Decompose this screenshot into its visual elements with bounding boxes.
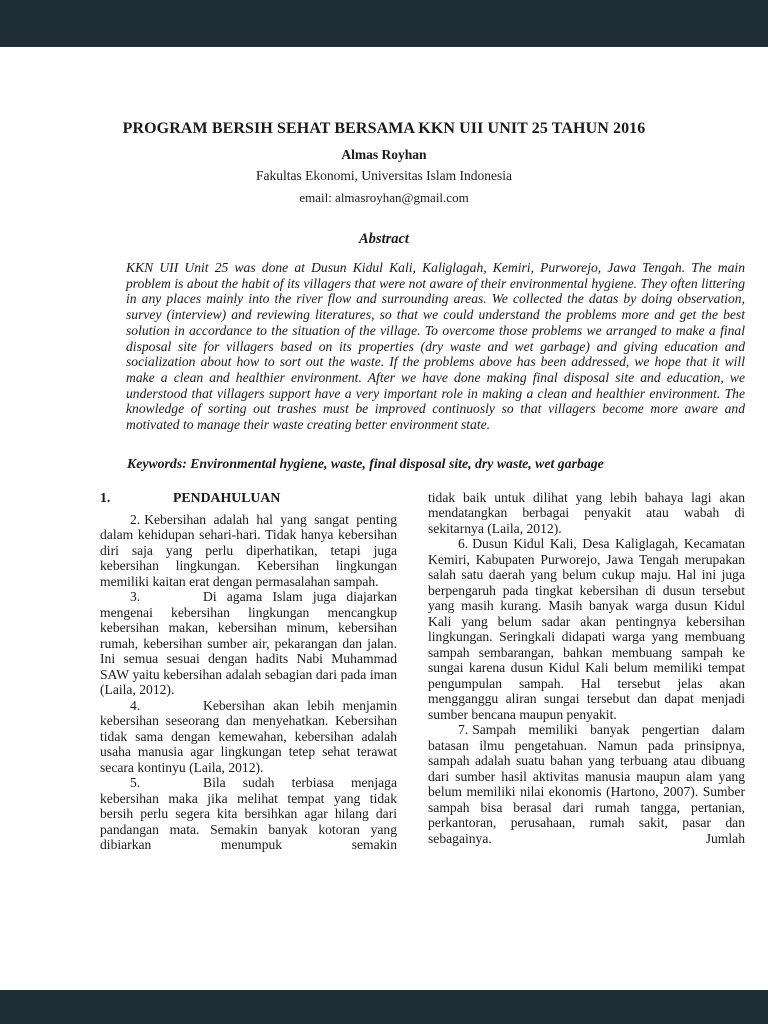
front-matter: PROGRAM BERSIH SEHAT BERSAMA KKN UII UNI… — [0, 119, 768, 205]
paragraph: 5.Bila sudah terbiasa menjaga kebersihan… — [100, 775, 397, 853]
viewer-top-bar — [0, 0, 768, 47]
paragraph-number: 3. — [130, 589, 203, 605]
paragraph: tidak baik untuk dilihat yang lebih baha… — [428, 490, 745, 537]
author-affiliation: Fakultas Ekonomi, Universitas Islam Indo… — [0, 168, 768, 184]
paragraph-text: Di agama Islam juga diajarkan mengenai k… — [100, 589, 397, 697]
document-page: PROGRAM BERSIH SEHAT BERSAMA KKN UII UNI… — [0, 47, 768, 990]
section-title: PENDAHULUAN — [173, 490, 280, 505]
paragraph: 4.Kebersihan akan lebih menjamin kebersi… — [100, 698, 397, 776]
section-heading: 1.PENDAHULUAN — [100, 490, 397, 506]
paragraph-text: tidak baik untuk dilihat yang lebih baha… — [428, 490, 745, 536]
paragraph-text: Sampah memiliki banyak pengertian dalam … — [428, 722, 745, 846]
viewer-bottom-bar — [0, 990, 768, 1024]
paragraph-number: 6. — [458, 536, 468, 551]
left-column: 1.PENDAHULUAN 2.Kebersihan adalah hal ya… — [100, 490, 397, 853]
page-title: PROGRAM BERSIH SEHAT BERSAMA KKN UII UNI… — [0, 119, 768, 138]
section-number: 1. — [100, 490, 173, 506]
paragraph-number: 4. — [130, 698, 203, 714]
paragraph: 3.Di agama Islam juga diajarkan mengenai… — [100, 589, 397, 698]
paragraph: 6.Dusun Kidul Kali, Desa Kaliglagah, Kec… — [428, 536, 745, 722]
body-columns: 1.PENDAHULUAN 2.Kebersihan adalah hal ya… — [100, 490, 745, 853]
paragraph-text: Dusun Kidul Kali, Desa Kaliglagah, Kecam… — [428, 536, 745, 722]
paragraph-number: 7. — [458, 722, 468, 737]
author-email: email: almasroyhan@gmail.com — [0, 190, 768, 205]
paragraph-number: 2. — [130, 512, 140, 527]
paragraph: 2.Kebersihan adalah hal yang sangat pent… — [100, 512, 397, 590]
right-column: tidak baik untuk dilihat yang lebih baha… — [428, 490, 745, 853]
paragraph: 7.Sampah memiliki banyak pengertian dala… — [428, 722, 745, 846]
paragraph-text: Kebersihan adalah hal yang sangat pentin… — [100, 512, 397, 589]
keywords-line: Keywords: Environmental hygiene, waste, … — [127, 456, 745, 472]
abstract-heading: Abstract — [0, 231, 768, 248]
abstract-text: KKN UII Unit 25 was done at Dusun Kidul … — [126, 260, 745, 433]
author-name: Almas Royhan — [0, 147, 768, 163]
paragraph-number: 5. — [130, 775, 203, 791]
